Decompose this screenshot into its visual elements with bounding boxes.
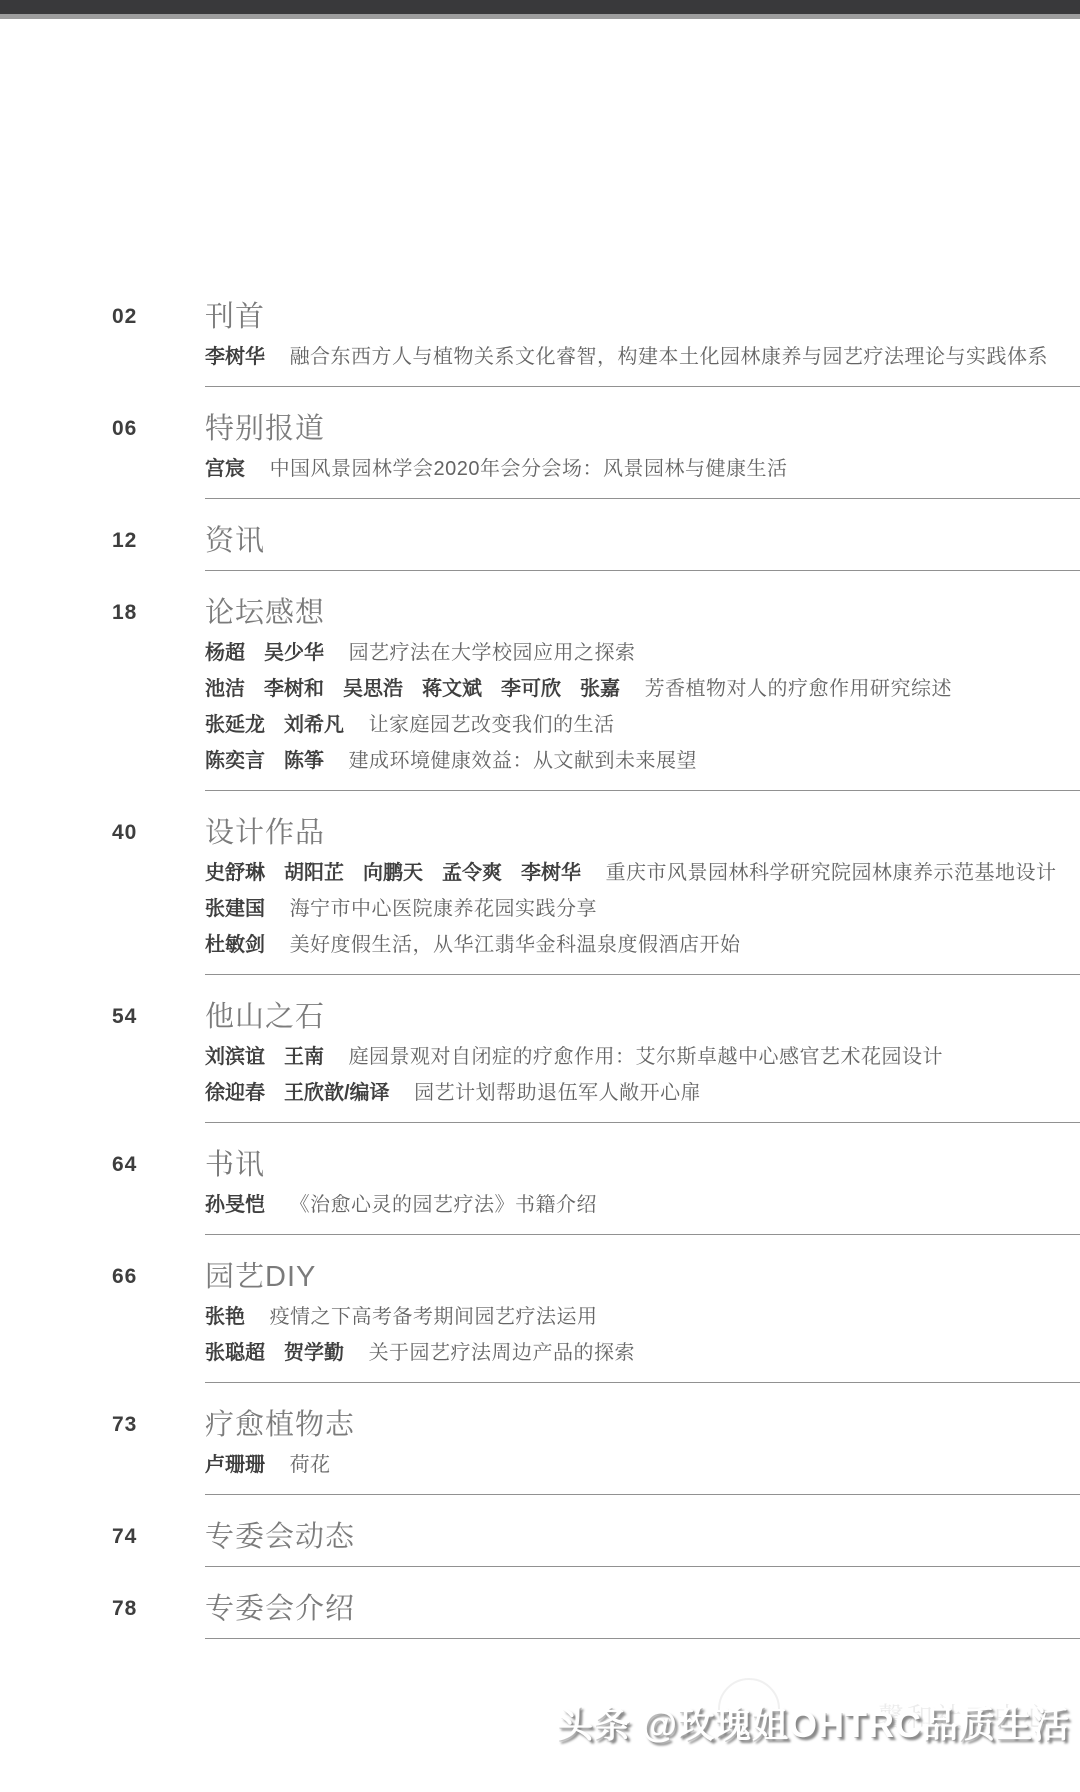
- section-divider: [205, 570, 1080, 571]
- article-entry: 卢珊珊 荷花: [205, 1447, 1080, 1483]
- article-list: 张艳 疫情之下高考备考期间园艺疗法运用 张聪超贺学勤 关于园艺疗法周边产品的探索: [205, 1299, 1080, 1371]
- page-number: 66: [112, 1265, 137, 1289]
- article-entry: 杨超吴少华 园艺疗法在大学校园应用之探索: [205, 635, 1080, 671]
- author-name: 向鹏天: [363, 862, 423, 884]
- author-name: 史舒琳: [205, 862, 265, 884]
- toc-section: 54 他山之石 刘滨谊王南 庭园景观对自闭症的疗愈作用：艾尔斯卓越中心感官艺术花…: [0, 999, 1080, 1123]
- page-number: 54: [112, 1005, 137, 1029]
- page-number: 06: [112, 417, 137, 441]
- article-list: 卢珊珊 荷花: [205, 1447, 1080, 1483]
- section-title: 设计作品: [205, 815, 1080, 851]
- toc-section: 73 疗愈植物志 卢珊珊 荷花: [0, 1407, 1080, 1495]
- section-title: 刊首: [205, 299, 1080, 335]
- toc-section: 40 设计作品 史舒琳胡阳芷向鹏天孟令爽李树华 重庆市风景园林科学研究院园林康养…: [0, 815, 1080, 975]
- article-authors: 李树华: [205, 346, 284, 368]
- author-name: 蒋文斌: [422, 678, 482, 700]
- section-title: 园艺DIY: [205, 1259, 1080, 1295]
- article-entry: 张延龙刘希凡 让家庭园艺改变我们的生活: [205, 707, 1080, 743]
- article-authors: 刘滨谊王南: [205, 1046, 343, 1068]
- author-name: 张嘉: [580, 678, 620, 700]
- section-body: 园艺DIY 张艳 疫情之下高考备考期间园艺疗法运用 张聪超贺学勤 关于园艺疗法周…: [205, 1259, 1080, 1383]
- author-name: 陈奕言: [205, 750, 265, 772]
- page-number: 78: [112, 1597, 137, 1621]
- article-title: 海宁市中心医院康养花园实践分享: [290, 898, 598, 920]
- article-entry: 池洁李树和吴思浩蒋文斌李可欣张嘉 芳香植物对人的疗愈作用研究综述: [205, 671, 1080, 707]
- section-title: 书讯: [205, 1147, 1080, 1183]
- article-title: 让家庭园艺改变我们的生活: [369, 714, 615, 736]
- toc-section: 02 刊首 李树华 融合东西方人与植物关系文化睿智，构建本土化园林康养与园艺疗法…: [0, 299, 1080, 387]
- section-body: 资讯: [205, 523, 1080, 571]
- author-name: 李树华: [521, 862, 581, 884]
- article-list: 杨超吴少华 园艺疗法在大学校园应用之探索 池洁李树和吴思浩蒋文斌李可欣张嘉 芳香…: [205, 635, 1080, 779]
- author-name: 张延龙: [205, 714, 265, 736]
- section-body: 他山之石 刘滨谊王南 庭园景观对自闭症的疗愈作用：艾尔斯卓越中心感官艺术花园设计…: [205, 999, 1080, 1123]
- author-name: 王欣歆/编译: [284, 1082, 390, 1104]
- toc-section: 74 专委会动态: [0, 1519, 1080, 1567]
- page-number: 02: [112, 305, 137, 329]
- author-name: 孙旻恺: [205, 1194, 265, 1216]
- author-name: 孟令爽: [442, 862, 502, 884]
- article-title: 庭园景观对自闭症的疗愈作用：艾尔斯卓越中心感官艺术花园设计: [349, 1046, 944, 1068]
- article-title: 园艺计划帮助退伍军人敞开心扉: [414, 1082, 701, 1104]
- author-name: 徐迎春: [205, 1082, 265, 1104]
- article-entry: 史舒琳胡阳芷向鹏天孟令爽李树华 重庆市风景园林科学研究院园林康养示范基地设计: [205, 855, 1080, 891]
- article-authors: 张延龙刘希凡: [205, 714, 363, 736]
- section-title: 专委会动态: [205, 1519, 1080, 1555]
- article-authors: 杨超吴少华: [205, 642, 343, 664]
- page-number: 73: [112, 1413, 137, 1437]
- section-divider: [205, 974, 1080, 975]
- toc-section: 64 书讯 孙旻恺 《治愈心灵的园艺疗法》书籍介绍: [0, 1147, 1080, 1235]
- article-authors: 张建国: [205, 898, 284, 920]
- article-authors: 杜敏剑: [205, 934, 284, 956]
- section-divider: [205, 386, 1080, 387]
- article-authors: 孙旻恺: [205, 1194, 284, 1216]
- author-name: 吴少华: [264, 642, 324, 664]
- author-name: 陈筝: [284, 750, 324, 772]
- article-entry: 陈奕言陈筝 建成环境健康效益：从文献到未来展望: [205, 743, 1080, 779]
- article-title: 中国风景园林学会2020年会分会场：风景园林与健康生活: [270, 458, 788, 480]
- author-name: 贺学勤: [284, 1342, 344, 1364]
- article-title: 建成环境健康效益：从文献到未来展望: [349, 750, 698, 772]
- author-name: 李可欣: [501, 678, 561, 700]
- author-name: 王南: [284, 1046, 324, 1068]
- section-title: 论坛感想: [205, 595, 1080, 631]
- section-divider: [205, 1566, 1080, 1567]
- section-divider: [205, 1382, 1080, 1383]
- article-list: 李树华 融合东西方人与植物关系文化睿智，构建本土化园林康养与园艺疗法理论与实践体…: [205, 339, 1080, 375]
- author-name: 卢珊珊: [205, 1454, 265, 1476]
- section-divider: [205, 790, 1080, 791]
- section-divider: [205, 1234, 1080, 1235]
- section-title: 他山之石: [205, 999, 1080, 1035]
- article-entry: 张建国 海宁市中心医院康养花园实践分享: [205, 891, 1080, 927]
- article-authors: 史舒琳胡阳芷向鹏天孟令爽李树华: [205, 862, 600, 884]
- author-name: 张建国: [205, 898, 265, 920]
- article-title: 重庆市风景园林科学研究院园林康养示范基地设计: [606, 862, 1057, 884]
- article-title: 关于园艺疗法周边产品的探索: [369, 1342, 636, 1364]
- section-title: 资讯: [205, 523, 1080, 559]
- author-name: 宫宸: [205, 458, 245, 480]
- section-body: 书讯 孙旻恺 《治愈心灵的园艺疗法》书籍介绍: [205, 1147, 1080, 1235]
- toc-section: 18 论坛感想 杨超吴少华 园艺疗法在大学校园应用之探索 池洁李树和吴思浩蒋文斌…: [0, 595, 1080, 791]
- author-name: 胡阳芷: [284, 862, 344, 884]
- article-entry: 孙旻恺 《治愈心灵的园艺疗法》书籍介绍: [205, 1187, 1080, 1223]
- page-number: 40: [112, 821, 137, 845]
- author-name: 池洁: [205, 678, 245, 700]
- section-body: 专委会动态: [205, 1519, 1080, 1567]
- section-divider: [205, 1494, 1080, 1495]
- article-list: 史舒琳胡阳芷向鹏天孟令爽李树华 重庆市风景园林科学研究院园林康养示范基地设计 张…: [205, 855, 1080, 963]
- section-divider: [205, 1638, 1080, 1639]
- author-name: 李树和: [264, 678, 324, 700]
- article-authors: 池洁李树和吴思浩蒋文斌李可欣张嘉: [205, 678, 639, 700]
- article-entry: 徐迎春王欣歆/编译 园艺计划帮助退伍军人敞开心扉: [205, 1075, 1080, 1111]
- article-list: 孙旻恺 《治愈心灵的园艺疗法》书籍介绍: [205, 1187, 1080, 1223]
- toc-section: 12 资讯: [0, 523, 1080, 571]
- article-authors: 徐迎春王欣歆/编译: [205, 1082, 409, 1104]
- article-entry: 宫宸 中国风景园林学会2020年会分会场：风景园林与健康生活: [205, 451, 1080, 487]
- article-authors: 张艳: [205, 1306, 264, 1328]
- article-entry: 张艳 疫情之下高考备考期间园艺疗法运用: [205, 1299, 1080, 1335]
- section-divider: [205, 498, 1080, 499]
- author-name: 吴思浩: [343, 678, 403, 700]
- article-authors: 宫宸: [205, 458, 264, 480]
- toc-section: 78 专委会介绍: [0, 1591, 1080, 1639]
- article-list: 刘滨谊王南 庭园景观对自闭症的疗愈作用：艾尔斯卓越中心感官艺术花园设计 徐迎春王…: [205, 1039, 1080, 1111]
- article-title: 芳香植物对人的疗愈作用研究综述: [645, 678, 953, 700]
- article-title: 《治愈心灵的园艺疗法》书籍介绍: [290, 1194, 598, 1216]
- toutiao-watermark: 头条 @玫瑰姐OHTRC品质生活: [557, 1697, 1070, 1748]
- page-number: 74: [112, 1525, 137, 1549]
- page-number: 12: [112, 529, 137, 553]
- section-title: 疗愈植物志: [205, 1407, 1080, 1443]
- article-list: 宫宸 中国风景园林学会2020年会分会场：风景园林与健康生活: [205, 451, 1080, 487]
- article-entry: 张聪超贺学勤 关于园艺疗法周边产品的探索: [205, 1335, 1080, 1371]
- section-title: 特别报道: [205, 411, 1080, 447]
- section-body: 设计作品 史舒琳胡阳芷向鹏天孟令爽李树华 重庆市风景园林科学研究院园林康养示范基…: [205, 815, 1080, 975]
- author-name: 刘希凡: [284, 714, 344, 736]
- article-entry: 李树华 融合东西方人与植物关系文化睿智，构建本土化园林康养与园艺疗法理论与实践体…: [205, 339, 1080, 375]
- page-number: 18: [112, 601, 137, 625]
- section-body: 特别报道 宫宸 中国风景园林学会2020年会分会场：风景园林与健康生活: [205, 411, 1080, 499]
- author-name: 杨超: [205, 642, 245, 664]
- toc-section: 66 园艺DIY 张艳 疫情之下高考备考期间园艺疗法运用 张聪超贺学勤 关于园艺…: [0, 1259, 1080, 1383]
- author-name: 杜敏剑: [205, 934, 265, 956]
- section-title: 专委会介绍: [205, 1591, 1080, 1627]
- page-number: 64: [112, 1153, 137, 1177]
- article-entry: 杜敏剑 美好度假生活，从华江翡华金科温泉度假酒店开始: [205, 927, 1080, 963]
- section-body: 疗愈植物志 卢珊珊 荷花: [205, 1407, 1080, 1495]
- article-entry: 刘滨谊王南 庭园景观对自闭症的疗愈作用：艾尔斯卓越中心感官艺术花园设计: [205, 1039, 1080, 1075]
- article-authors: 陈奕言陈筝: [205, 750, 343, 772]
- author-name: 李树华: [205, 346, 265, 368]
- author-name: 张聪超: [205, 1342, 265, 1364]
- toc-section: 06 特别报道 宫宸 中国风景园林学会2020年会分会场：风景园林与健康生活: [0, 411, 1080, 499]
- section-body: 论坛感想 杨超吴少华 园艺疗法在大学校园应用之探索 池洁李树和吴思浩蒋文斌李可欣…: [205, 595, 1080, 791]
- author-name: 刘滨谊: [205, 1046, 265, 1068]
- status-bar: [0, 0, 1080, 14]
- article-authors: 卢珊珊: [205, 1454, 284, 1476]
- article-title: 荷花: [290, 1454, 331, 1476]
- article-title: 园艺疗法在大学校园应用之探索: [349, 642, 636, 664]
- section-body: 刊首 李树华 融合东西方人与植物关系文化睿智，构建本土化园林康养与园艺疗法理论与…: [205, 299, 1080, 387]
- article-title: 美好度假生活，从华江翡华金科温泉度假酒店开始: [290, 934, 741, 956]
- author-name: 张艳: [205, 1306, 245, 1328]
- article-title: 疫情之下高考备考期间园艺疗法运用: [270, 1306, 598, 1328]
- article-authors: 张聪超贺学勤: [205, 1342, 363, 1364]
- section-divider: [205, 1122, 1080, 1123]
- article-title: 融合东西方人与植物关系文化睿智，构建本土化园林康养与园艺疗法理论与实践体系: [290, 346, 1049, 368]
- table-of-contents: 02 刊首 李树华 融合东西方人与植物关系文化睿智，构建本土化园林康养与园艺疗法…: [0, 19, 1080, 1639]
- section-body: 专委会介绍: [205, 1591, 1080, 1639]
